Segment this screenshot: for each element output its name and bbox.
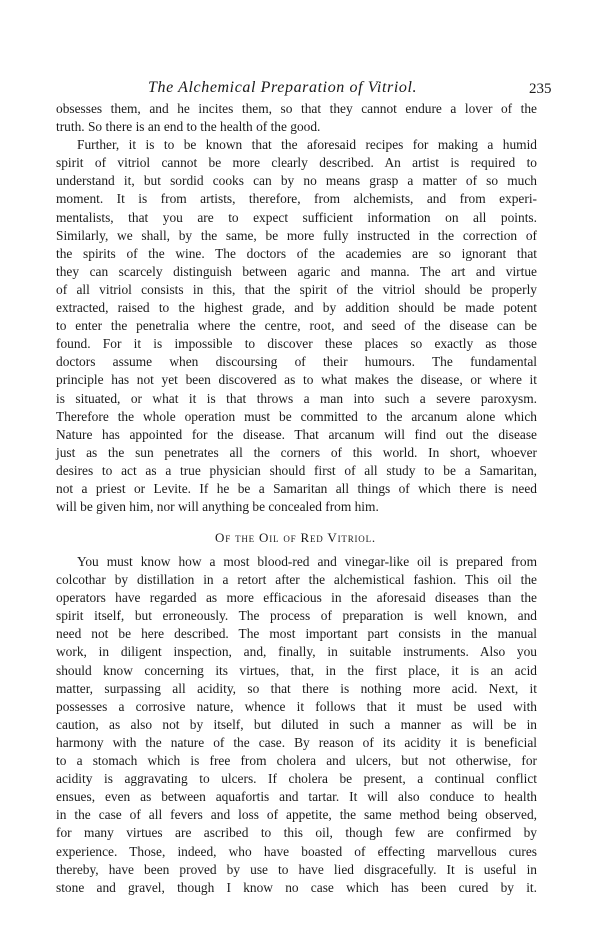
- text-line: need not be here described. The most imp…: [56, 625, 537, 643]
- text-line: should know concerning its virtues, that…: [56, 662, 537, 680]
- text-line: Therefore the whole operation must be co…: [56, 408, 537, 426]
- text-line: extracted, raised to the highest grade, …: [56, 299, 537, 317]
- text-line: to a stomach which is free from cholera …: [56, 752, 537, 770]
- text-line: the spirits of the wine. The doctors of …: [56, 245, 537, 263]
- text-line: truth. So there is an end to the health …: [56, 118, 537, 136]
- text-line: is situated, or what it is that throws a…: [56, 390, 537, 408]
- text-line: of all vitriol consists in this, that th…: [56, 281, 537, 299]
- text-line: principle has not yet been discovered as…: [56, 371, 537, 389]
- text-line: in the case of all fevers and loss of ap…: [56, 806, 537, 824]
- text-line: acidity is aggravating to ulcers. If cho…: [56, 770, 537, 788]
- text-line: spirit of vitriol cannot be more clearly…: [56, 154, 537, 172]
- text-line: colcothar by distillation in a retort af…: [56, 571, 537, 589]
- text-line: obsesses them, and he incites them, so t…: [56, 100, 537, 118]
- text-line: Further, it is to be known that the afor…: [56, 136, 537, 154]
- text-line: not a priest or Levite. If he be a Samar…: [56, 480, 537, 498]
- text-line: experience. Those, indeed, who have boas…: [56, 843, 537, 861]
- section-2-text: You must know how a most blood-red and v…: [56, 553, 537, 897]
- text-line: found. For it is impossible to discover …: [56, 335, 537, 353]
- text-line: for many virtues are ascribed to this oi…: [56, 824, 537, 842]
- text-line: matter, surpassing all acidity, so that …: [56, 680, 537, 698]
- text-line: thereby, have been proved by use to have…: [56, 861, 537, 879]
- page-number: 235: [529, 81, 552, 98]
- text-line: operators have regarded as more efficaci…: [56, 589, 537, 607]
- running-title: The Alchemical Preparation of Vitriol.: [148, 79, 417, 97]
- text-line: to enter the penetralia where the centre…: [56, 317, 537, 335]
- text-line: doctors assume when discoursing of their…: [56, 353, 537, 371]
- section-1-text: obsesses them, and he incites them, so t…: [56, 100, 537, 516]
- text-line: caution, as also not by itself, but dilu…: [56, 716, 537, 734]
- text-line: possesses a corrosive nature, whence it …: [56, 698, 537, 716]
- text-line: moment. It is from artists, therefore, f…: [56, 190, 537, 208]
- section-heading: Of the Oil of Red Vitriol.: [0, 530, 591, 546]
- text-line: they can scarcely distinguish between ag…: [56, 263, 537, 281]
- text-line: work, in diligent inspection, and, final…: [56, 643, 537, 661]
- text-line: stone and gravel, though I know no case …: [56, 879, 537, 897]
- text-line: desires to act as a true physician shoul…: [56, 462, 537, 480]
- text-line: will be given him, nor will anything be …: [56, 498, 537, 516]
- text-line: just as the sun penetrates all the corne…: [56, 444, 537, 462]
- text-line: Nature has appointed for the disease. Th…: [56, 426, 537, 444]
- text-line: mentalists, that you are to expect suffi…: [56, 209, 537, 227]
- running-header: The Alchemical Preparation of Vitriol. 2…: [0, 79, 591, 101]
- text-line: Similarly, we shall, by the same, be mor…: [56, 227, 537, 245]
- text-line: understand it, but sordid cooks can by n…: [56, 172, 537, 190]
- text-line: harmony with the nature of the case. By …: [56, 734, 537, 752]
- text-line: ensues, even as between aquafortis and t…: [56, 788, 537, 806]
- text-line: spirit itself, but erroneously. The proc…: [56, 607, 537, 625]
- text-line: You must know how a most blood-red and v…: [56, 553, 537, 571]
